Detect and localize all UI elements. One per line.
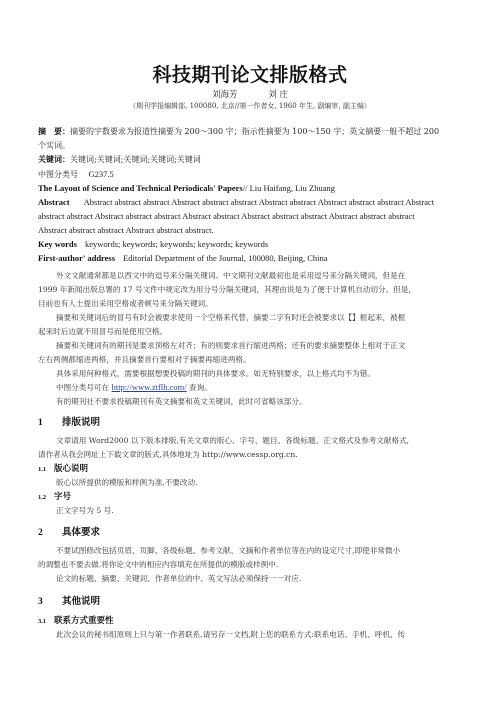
section-1-2-number: 1.2 [38, 494, 54, 501]
section-2-para1-line1: 不要试图修改包括页眉、页脚、各级标题、参考文献、文摘和作者单位等在内的设定尺寸,… [56, 544, 400, 557]
note-5-pre: 中图分类号可在 [56, 383, 109, 392]
section-1-1-title: 版心说明 [54, 464, 88, 474]
english-keywords: Key wordskeywords; keywords; keywords; k… [38, 237, 268, 252]
section-2-number: 2 [38, 528, 62, 538]
section-2-para1-line2: 的调整也不要去做.将你论文中的相应内容填充在所提供的模版或样例中. [38, 558, 278, 571]
abstract-cn-text: 摘要的字数要求为报道性摘要为 200～300 字；指示性摘要为 100～150 … [70, 127, 439, 136]
abstract-cn-line1: 摘 要：摘要的字数要求为报道性摘要为 200～300 字；指示性摘要为 100～… [38, 125, 439, 139]
note-1-line1: 外文文献通常都是以西文中的逗号来分隔关键词。中文期刊文献最初也是采用逗号来分隔关… [56, 269, 405, 282]
note-6: 有的期刊社不要求投稿期刊有英文摘要和英文关键词，此时可省略该部分。 [56, 395, 307, 408]
section-3-1-heading: 3.1联系方式重要性 [38, 614, 114, 626]
section-2-title: 具体要求 [62, 527, 100, 538]
clc-lookup-link[interactable]: http://www.ztflh.com/ [112, 382, 187, 392]
section-3-number: 3 [38, 597, 62, 607]
english-abstract-label: Abstract [38, 197, 70, 207]
english-title-authors: // Liu Haifang, Liu Zhuang [243, 183, 335, 193]
section-3-1-title: 联系方式重要性 [54, 616, 114, 626]
section-1-heading: 1排版说明 [38, 414, 100, 428]
author-1: 刘海芳 [212, 90, 238, 100]
section-3-heading: 3其他说明 [38, 593, 100, 607]
english-keywords-value: keywords; keywords; keywords; keywords; … [85, 239, 268, 249]
english-abstract-line1: AbstractAbstract abstract abstract Abstr… [38, 195, 434, 210]
keywords-cn: 关键词：关键词;关键词;关键词;关键词;关键词 [38, 153, 201, 167]
author-2: 刘 庄 [268, 90, 288, 100]
paper-title: 科技期刊论文排版格式 [0, 60, 500, 87]
english-address-label: First-author' address [38, 253, 115, 263]
note-3-line1: 摘要和关键词有的期刊是要求顶格左对齐；有的则要求首行缩进两格；还有的要求摘要整体… [56, 339, 405, 352]
section-3-1-text: 此次会议的秘书组原则上只与第一作者联系,请另存一文档,附上您的联系方式:联系电话… [56, 628, 405, 641]
section-1-1-text: 版心以所提供的模版和样例为准,不要改动. [56, 476, 198, 489]
note-2-line2: 起来时后边就不用冒号而是使用空格。 [38, 325, 167, 338]
section-3-1-number: 3.1 [38, 618, 54, 625]
note-3-line2: 左右两侧都缩进两格，并且摘要首行要相对于摘要再缩进两格。 [38, 353, 251, 366]
section-1-para-line1: 文章请用 Word2000 以下版本排版,有关文章的版心、字号、题目、各级标题、… [56, 434, 409, 447]
section-2-heading: 2具体要求 [38, 524, 100, 538]
section-1-2-text: 正文字号为 5 号. [56, 504, 114, 517]
section-1-2-heading: 1.2字号 [38, 490, 71, 502]
clc-number: 中图分类号 G237.5 [38, 167, 114, 182]
clc-label: 中图分类号 [38, 170, 78, 179]
abstract-cn-line2: 个实词。 [38, 139, 70, 153]
section-1-1-number: 1.1 [38, 466, 54, 473]
section-1-1-heading: 1.1版心说明 [38, 462, 88, 474]
note-5: 中图分类号可在 http://www.ztflh.com/ 查询。 [56, 381, 212, 394]
english-title-line: The Layout of Science and Technical Peri… [38, 181, 335, 196]
english-address: First-author' addressEditorial Departmen… [38, 251, 328, 266]
note-5-post: 查询。 [189, 383, 212, 392]
english-abstract-line2: abstract abstract Abstract abstract abst… [38, 209, 415, 223]
keywords-cn-label: 关键词： [38, 155, 70, 164]
section-1-title: 排版说明 [62, 417, 100, 428]
note-4: 具体采用何种格式，需要根据想要投稿的期刊的具体要求。如无特别要求，以上格式均不为… [56, 367, 375, 380]
affiliation: （期刊学报编辑部, 100080, 北京//第一作者女, 1960 年生, 副编… [0, 101, 500, 111]
section-1-number: 1 [38, 418, 62, 428]
section-1-para-line2: 请作者从我会网址上下载文章的版式,具体地址为 http://www.cessp.… [38, 448, 298, 461]
english-address-value: Editorial Department of the Journal, 100… [123, 253, 327, 263]
author-line: 刘海芳 刘 庄 [0, 88, 500, 100]
note-2-line1: 摘要和关键词后的冒号有时会被要求使用一个空格来代替，摘要二字有时还会被要求以【】… [56, 311, 405, 324]
abstract-cn-label: 摘 要： [38, 127, 70, 136]
note-1-line3: 目前也有人士提出采用空格或者顿号来分隔关键词。 [38, 297, 213, 310]
english-abstract-text1: Abstract abstract abstract Abstract abst… [84, 197, 434, 207]
section-2-para2: 论文的标题、摘要、关键词、作者单位的中、英文写法必须保持一一对应. [56, 572, 301, 585]
note-1-line2: 1999 年新闻出版总署的 17 号文件中规定改为用分号分隔关键词，其理由说是为… [38, 283, 416, 296]
section-3-title: 其他说明 [62, 596, 100, 607]
clc-value: G237.5 [89, 169, 114, 179]
english-title: The Layout of Science and Technical Peri… [38, 183, 243, 193]
keywords-cn-value: 关键词;关键词;关键词;关键词;关键词 [70, 155, 201, 164]
document-page: 科技期刊论文排版格式 刘海芳 刘 庄 （期刊学报编辑部, 100080, 北京/… [0, 0, 500, 708]
section-1-2-title: 字号 [54, 492, 71, 502]
english-abstract-line3: Abstract abstract abstract Abstract abst… [38, 223, 214, 237]
english-keywords-label: Key words [38, 239, 77, 249]
